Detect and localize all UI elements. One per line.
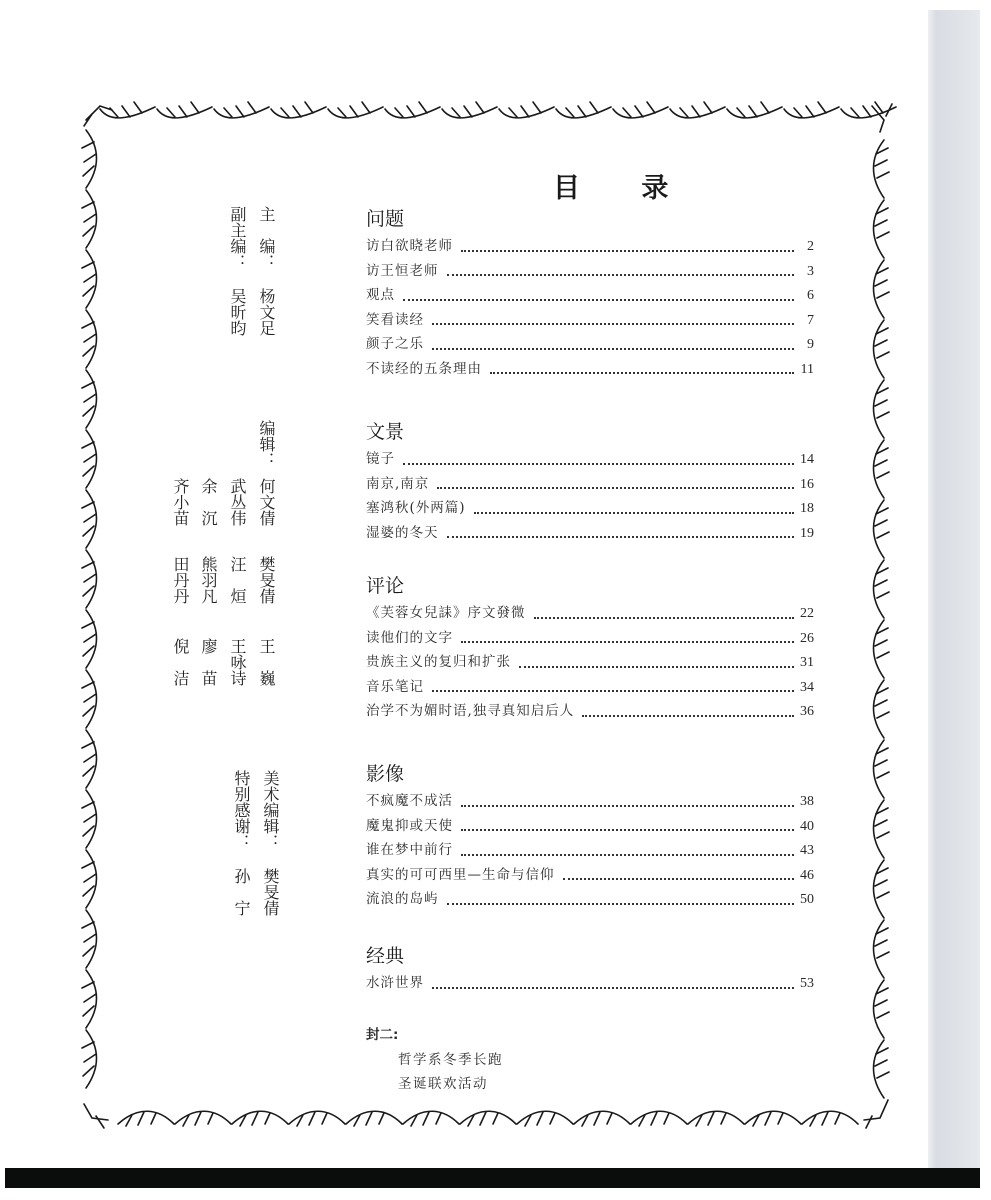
editor-name: 齐小苗 — [172, 478, 188, 526]
dot-leader — [474, 511, 794, 514]
dot-leader — [582, 714, 794, 717]
toc-entry[interactable]: 音乐笔记34 — [366, 675, 814, 700]
dot-leader — [432, 689, 794, 692]
inside-cover-list: 封二: 哲学系冬季长跑 圣诞联欢活动 — [366, 1022, 503, 1096]
editor-name: 王咏诗 — [229, 638, 245, 686]
dot-leader — [461, 828, 794, 831]
entry-title: 不读经的五条理由 — [366, 357, 482, 382]
toc-entry[interactable]: 谁在梦中前行43 — [366, 838, 814, 863]
deputy-editor-name: 吴昕昀 — [229, 288, 245, 336]
entry-title: 流浪的岛屿 — [366, 887, 439, 912]
page-number: 43 — [800, 839, 814, 864]
toc-entry[interactable]: 颜子之乐9 — [366, 332, 814, 357]
dot-leader — [447, 273, 795, 276]
toc-entry[interactable]: 读他们的文字26 — [366, 626, 814, 651]
deputy-editor-role: 副主编： — [229, 206, 245, 270]
page-number: 2 — [800, 235, 814, 260]
page-number: 40 — [800, 815, 814, 840]
toc-entry[interactable]: 南京,南京16 — [366, 472, 814, 497]
toc-entry[interactable]: 镜子14 — [366, 447, 814, 472]
entry-title: 塞鸿秋(外两篇) — [366, 496, 466, 521]
dot-leader — [461, 640, 794, 643]
special-thanks-role: 特别感谢： — [233, 770, 249, 850]
entry-title: 访白欲晓老师 — [366, 234, 453, 259]
dot-leader — [534, 616, 795, 619]
section-heading: 经典 — [366, 942, 814, 971]
dot-leader — [432, 347, 794, 350]
editor-name: 倪 洁 — [172, 638, 188, 686]
dot-leader — [447, 535, 795, 538]
entry-title: 访王恒老师 — [366, 259, 439, 284]
editor-name: 廖 苗 — [200, 638, 216, 686]
toc-entry[interactable]: 访王恒老师3 — [366, 259, 814, 284]
page-number: 36 — [800, 700, 814, 725]
dot-leader — [519, 665, 794, 668]
page-number: 31 — [800, 651, 814, 676]
section-heading: 问题 — [366, 205, 814, 234]
page-number: 18 — [800, 497, 814, 522]
entry-title: 南京,南京 — [366, 472, 429, 497]
entry-title: 读他们的文字 — [366, 626, 453, 651]
toc-entry[interactable]: 治学不为媚时语,独寻真知启后人36 — [366, 699, 814, 724]
toc-entry[interactable]: 流浪的岛屿50 — [366, 887, 814, 912]
toc-entry[interactable]: 湿婆的冬天19 — [366, 521, 814, 546]
inside-cover-item: 圣诞联欢活动 — [366, 1072, 503, 1096]
dot-leader — [563, 877, 795, 880]
editor-name: 汪 烜 — [229, 556, 245, 604]
dot-leader — [461, 249, 794, 252]
page-number: 46 — [800, 864, 814, 889]
section-heading: 影像 — [366, 760, 814, 789]
editor-name: 王 巍 — [258, 638, 274, 686]
page-number: 38 — [800, 790, 814, 815]
entry-title: 湿婆的冬天 — [366, 521, 439, 546]
chief-editor-role: 主 编： — [258, 206, 274, 270]
toc-entry[interactable]: 塞鸿秋(外两篇)18 — [366, 496, 814, 521]
dot-leader — [461, 804, 794, 807]
dot-leader — [432, 322, 794, 325]
dot-leader — [490, 371, 794, 374]
page-number: 34 — [800, 676, 814, 701]
dot-leader — [403, 298, 794, 301]
art-editor-role: 美术编辑： — [262, 770, 278, 850]
toc-entry[interactable]: 贵族主义的复归和扩张31 — [366, 650, 814, 675]
entry-title: 不疯魔不成活 — [366, 789, 453, 814]
page-number: 6 — [800, 284, 814, 309]
page-number: 19 — [800, 522, 814, 547]
editors-role: 编辑： — [258, 420, 274, 468]
entry-title: 水浒世界 — [366, 971, 424, 996]
editor-name: 樊旻倩 — [258, 556, 274, 604]
editor-name: 何文倩 — [258, 478, 274, 526]
toc-entry[interactable]: 访白欲晓老师2 — [366, 234, 814, 259]
page-number: 22 — [800, 602, 814, 627]
entry-title: 治学不为媚时语,独寻真知启后人 — [366, 699, 574, 724]
toc-entry[interactable]: 不疯魔不成活38 — [366, 789, 814, 814]
toc-entry[interactable]: 观点6 — [366, 283, 814, 308]
page-number: 16 — [800, 473, 814, 498]
entry-title: 观点 — [366, 283, 395, 308]
toc-section-wenjing: 文景 镜子14 南京,南京16 塞鸿秋(外两篇)18 湿婆的冬天19 — [366, 418, 814, 545]
editor-name: 武丛伟 — [229, 478, 245, 526]
page-number: 3 — [800, 260, 814, 285]
toc-section-jingdian: 经典 水浒世界53 — [366, 942, 814, 996]
toc-entry[interactable]: 魔鬼抑或天使40 — [366, 814, 814, 839]
editor-name: 熊羽凡 — [200, 556, 216, 604]
entry-title: 贵族主义的复归和扩张 — [366, 650, 511, 675]
toc-entry[interactable]: 水浒世界53 — [366, 971, 814, 996]
entry-title: 镜子 — [366, 447, 395, 472]
page-number: 14 — [800, 448, 814, 473]
entry-title: 颜子之乐 — [366, 332, 424, 357]
art-editor-name: 樊旻倩 — [262, 868, 278, 916]
toc-entry[interactable]: 《芙蓉女兒誄》序文發微22 — [366, 601, 814, 626]
toc-entry[interactable]: 不读经的五条理由11 — [366, 357, 814, 382]
special-thanks-name: 孙 宁 — [233, 868, 249, 916]
dot-leader — [437, 486, 794, 489]
entry-title: 《芙蓉女兒誄》序文發微 — [366, 601, 526, 626]
entry-title: 魔鬼抑或天使 — [366, 814, 453, 839]
toc-section-wenti: 问题 访白欲晓老师2 访王恒老师3 观点6 笑看读经7 颜子之乐9 不读经的五条… — [366, 205, 814, 381]
section-heading: 评论 — [366, 572, 814, 601]
dot-leader — [447, 902, 795, 905]
toc-entry[interactable]: 笑看读经7 — [366, 308, 814, 333]
entry-title: 笑看读经 — [366, 308, 424, 333]
toc-section-pinglun: 评论 《芙蓉女兒誄》序文發微22 读他们的文字26 贵族主义的复归和扩张31 音… — [366, 572, 814, 724]
page-number: 50 — [800, 888, 814, 913]
dot-leader — [432, 986, 794, 989]
inside-cover-item: 哲学系冬季长跑 — [366, 1048, 503, 1072]
editor-name: 余 沉 — [200, 478, 216, 526]
page-number: 53 — [800, 972, 814, 997]
toc-entry[interactable]: 真实的可可西里—生命与信仰46 — [366, 863, 814, 888]
page-number: 11 — [800, 358, 814, 383]
section-heading: 文景 — [366, 418, 814, 447]
dot-leader — [461, 853, 794, 856]
inside-cover-label: 封二: — [366, 1022, 503, 1048]
page-number: 26 — [800, 627, 814, 652]
dot-leader — [403, 462, 794, 465]
chief-editor-name: 杨文足 — [258, 288, 274, 336]
editor-name: 田丹丹 — [172, 556, 188, 604]
entry-title: 音乐笔记 — [366, 675, 424, 700]
entry-title: 谁在梦中前行 — [366, 838, 453, 863]
page-number: 9 — [800, 333, 814, 358]
entry-title: 真实的可可西里—生命与信仰 — [366, 863, 555, 888]
page-number: 7 — [800, 309, 814, 334]
toc-section-yingxiang: 影像 不疯魔不成活38 魔鬼抑或天使40 谁在梦中前行43 真实的可可西里—生命… — [366, 760, 814, 912]
page-title: 目 录 — [553, 166, 694, 205]
